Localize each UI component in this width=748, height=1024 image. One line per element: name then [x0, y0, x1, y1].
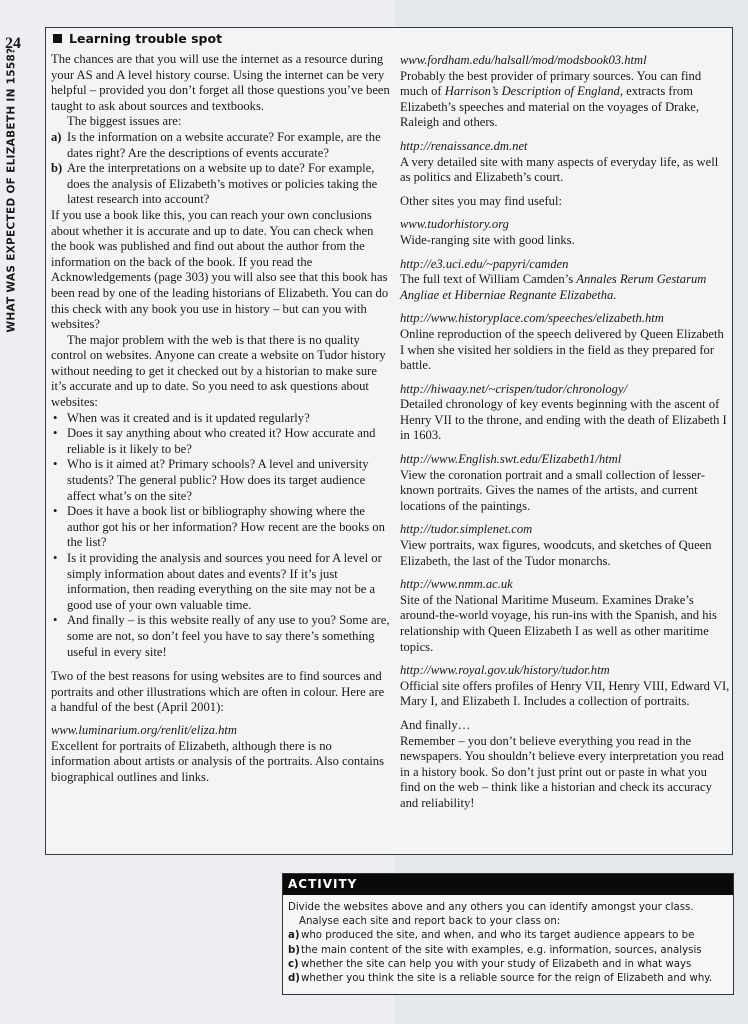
activity-item-label: b) — [288, 944, 301, 958]
site-entry: http://www.nmm.ac.uk Site of the Nationa… — [400, 577, 730, 655]
site-entry: http://www.royal.gov.uk/history/tudor.ht… — [400, 663, 730, 710]
activity-instruction: Analyse each site and report back to you… — [288, 915, 728, 929]
site-entry: www.tudorhistory.org Wide-ranging site w… — [400, 217, 730, 248]
site-description: View portraits, wax figures, woodcuts, a… — [400, 538, 730, 569]
site-url[interactable]: http://www.nmm.ac.uk — [400, 577, 730, 593]
site-url[interactable]: www.tudorhistory.org — [400, 217, 730, 233]
activity-item: c) whether the site can help you with yo… — [288, 958, 728, 972]
book-paragraph: If you use a book like this, you can rea… — [51, 208, 391, 333]
activity-item: a) who produced the site, and when, and … — [288, 929, 728, 943]
activity-intro: Divide the websites above and any others… — [288, 901, 728, 915]
site-description: Wide-ranging site with good links. — [400, 233, 730, 249]
site-url[interactable]: http://e3.uci.edu/~papyri/camden — [400, 257, 730, 273]
question-text: Who is it aimed at? Primary schools? A l… — [67, 457, 391, 504]
square-bullet-icon — [53, 34, 62, 43]
intro-paragraph: The chances are that you will use the in… — [51, 52, 391, 114]
site-url[interactable]: http://hiwaay.net/~crispen/tudor/chronol… — [400, 382, 730, 398]
box-title: Learning trouble spot — [53, 31, 222, 46]
question-text: Is it providing the analysis and sources… — [67, 551, 391, 613]
site-entry: http://renaissance.dm.net A very detaile… — [400, 139, 730, 186]
question-text: Does it have a book list or bibliography… — [67, 504, 391, 551]
site-url[interactable]: http://tudor.simplenet.com — [400, 522, 730, 538]
problem-paragraph: The major problem with the web is that t… — [51, 333, 391, 411]
site-description: Site of the National Maritime Museum. Ex… — [400, 593, 730, 655]
bullet-icon: • — [51, 411, 67, 427]
question-item: •Does it have a book list or bibliograph… — [51, 504, 391, 551]
activity-item-text: whether you think the site is a reliable… — [301, 972, 712, 986]
best-reasons-paragraph: Two of the best reasons for using websit… — [51, 669, 391, 716]
activity-header: ACTIVITY — [283, 874, 733, 895]
bullet-icon: • — [51, 613, 67, 660]
site-description: The full text of William Camden’s Annale… — [400, 272, 730, 303]
issue-text: Is the information on a website accurate… — [67, 130, 391, 161]
issue-item: a) Is the information on a website accur… — [51, 130, 391, 161]
site-entry: www.luminarium.org/renlit/eliza.htm Exce… — [51, 723, 391, 785]
question-list: •When was it created and is it updated r… — [51, 411, 391, 661]
site-entry: http://www.English.swt.edu/Elizabeth1/ht… — [400, 452, 730, 514]
site-url[interactable]: http://www.English.swt.edu/Elizabeth1/ht… — [400, 452, 730, 468]
question-item: •Who is it aimed at? Primary schools? A … — [51, 457, 391, 504]
learning-trouble-spot-box: Learning trouble spot The chances are th… — [45, 27, 733, 855]
question-text: Does it say anything about who created i… — [67, 426, 391, 457]
spacer — [51, 660, 391, 669]
description-text: The full text of William Camden’s — [400, 272, 576, 286]
question-text: And finally – is this website really of … — [67, 613, 391, 660]
site-entry: http://www.historyplace.com/speeches/eli… — [400, 311, 730, 373]
issue-label: a) — [51, 130, 67, 161]
box-title-text: Learning trouble spot — [69, 31, 222, 46]
activity-item-label: d) — [288, 972, 301, 986]
issues-lead: The biggest issues are: — [51, 114, 391, 130]
activity-item-text: the main content of the site with exampl… — [301, 944, 702, 958]
question-item: •Does it say anything about who created … — [51, 426, 391, 457]
site-url[interactable]: www.luminarium.org/renlit/eliza.htm — [51, 723, 391, 739]
question-item: •And finally – is this website really of… — [51, 613, 391, 660]
site-description: A very detailed site with many aspects o… — [400, 155, 730, 186]
right-column: www.fordham.edu/halsall/mod/modsbook03.h… — [400, 53, 730, 820]
activity-item: d) whether you think the site is a relia… — [288, 972, 728, 986]
site-url[interactable]: http://renaissance.dm.net — [400, 139, 730, 155]
running-head-text: WHAT WAS EXPECTED OF ELIZABETH IN 1558? — [5, 48, 17, 333]
activity-item-label: c) — [288, 958, 301, 972]
bullet-icon: • — [51, 504, 67, 551]
question-text: When was it created and is it updated re… — [67, 411, 310, 427]
question-item: •When was it created and is it updated r… — [51, 411, 391, 427]
site-description: Official site offers profiles of Henry V… — [400, 679, 730, 710]
activity-item: b) the main content of the site with exa… — [288, 944, 728, 958]
site-description: View the coronation portrait and a small… — [400, 468, 730, 515]
bullet-icon: • — [51, 551, 67, 613]
bullet-icon: • — [51, 426, 67, 457]
activity-item-text: whether the site can help you with your … — [301, 958, 691, 972]
finally-section: And finally… Remember – you don’t believ… — [400, 718, 730, 812]
issue-text: Are the interpretations on a website up … — [67, 161, 391, 208]
bullet-icon: • — [51, 457, 67, 504]
left-column: The chances are that you will use the in… — [51, 52, 391, 793]
activity-box: ACTIVITY Divide the websites above and a… — [282, 873, 734, 995]
question-item: •Is it providing the analysis and source… — [51, 551, 391, 613]
activity-body: Divide the websites above and any others… — [283, 895, 733, 986]
issue-label: b) — [51, 161, 67, 208]
site-description: Excellent for portraits of Elizabeth, al… — [51, 739, 391, 786]
other-sites-heading: Other sites you may find useful: — [400, 194, 730, 210]
running-head: WHAT WAS EXPECTED OF ELIZABETH IN 1558? — [3, 60, 19, 320]
finally-text: Remember – you don’t believe everything … — [400, 734, 730, 812]
site-entry: http://tudor.simplenet.com View portrait… — [400, 522, 730, 569]
issue-item: b) Are the interpretations on a website … — [51, 161, 391, 208]
activity-item-label: a) — [288, 929, 301, 943]
site-entry: http://hiwaay.net/~crispen/tudor/chronol… — [400, 382, 730, 444]
spacer — [51, 716, 391, 723]
site-entry: http://e3.uci.edu/~papyri/camden The ful… — [400, 257, 730, 304]
book-title: Harrison’s Description of England — [445, 84, 620, 98]
site-description: Online reproduction of the speech delive… — [400, 327, 730, 374]
activity-item-text: who produced the site, and when, and who… — [301, 929, 694, 943]
site-entry: www.fordham.edu/halsall/mod/modsbook03.h… — [400, 53, 730, 131]
site-url[interactable]: http://www.royal.gov.uk/history/tudor.ht… — [400, 663, 730, 679]
site-description: Probably the best provider of primary so… — [400, 69, 730, 131]
site-url[interactable]: www.fordham.edu/halsall/mod/modsbook03.h… — [400, 53, 730, 69]
site-url[interactable]: http://www.historyplace.com/speeches/eli… — [400, 311, 730, 327]
finally-heading: And finally… — [400, 718, 730, 734]
site-description: Detailed chronology of key events beginn… — [400, 397, 730, 444]
